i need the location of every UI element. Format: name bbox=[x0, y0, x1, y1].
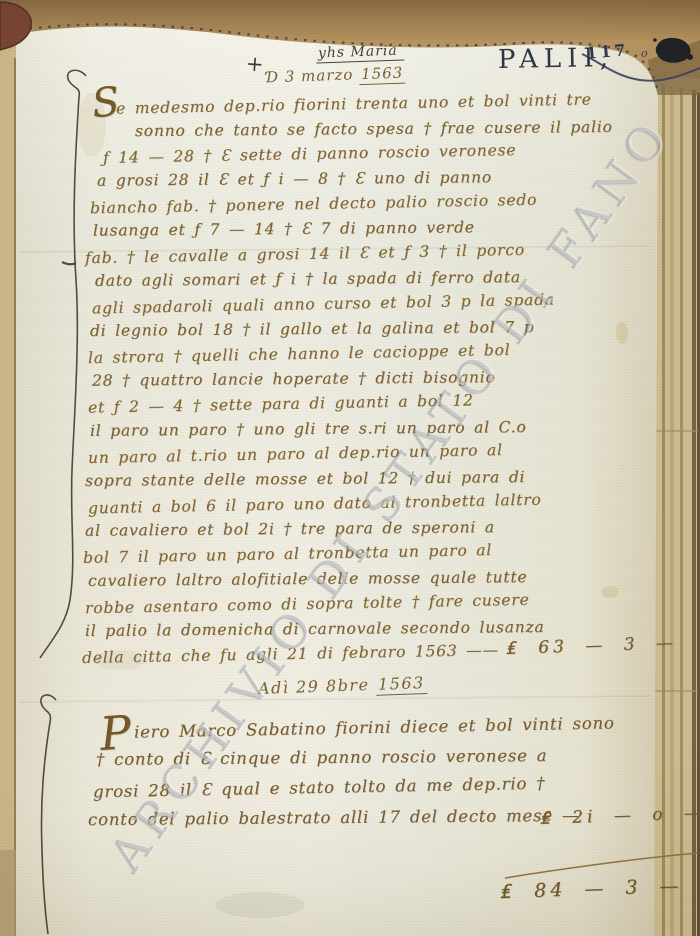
manuscript-line: 28 † quattro lancie hoperate † dicti bis… bbox=[92, 368, 496, 390]
invocation-monogram: yhs Maria bbox=[316, 42, 404, 63]
entry1-date-text: Ɗ 3 marzo bbox=[266, 65, 360, 86]
folio-number: 117 bbox=[585, 40, 629, 63]
manuscript-line: † conto di Ɛ cinque di panno roscio vero… bbox=[96, 746, 548, 769]
manuscript-line: il paro un paro † uno gli tre s.ri un pa… bbox=[90, 418, 527, 440]
manuscript-line: cavaliero laltro alofitiale delle mosse … bbox=[88, 568, 528, 590]
manuscript-line: dato agli somari et ƒ i † la spada di fe… bbox=[95, 268, 521, 290]
entry1-date-year: 1563 bbox=[359, 64, 406, 86]
manuscript-photo: yhs Maria + Ɗ 3 marzo 1563 PALII, 117 o … bbox=[0, 0, 700, 936]
cross-icon: + bbox=[245, 51, 264, 76]
entry1-date: Ɗ 3 marzo 1563 bbox=[266, 64, 406, 87]
manuscript-line: a grosi 28 il Ɛ et ƒ i — 8 † Ɛ uno di pa… bbox=[97, 168, 492, 189]
manuscript-line: sopra stante delle mosse et bol 12 † dui… bbox=[85, 468, 525, 490]
manuscript-line: lusanga et ƒ 7 — 14 † Ɛ 7 di panno verde bbox=[93, 218, 475, 239]
folio-number-suffix: o bbox=[641, 47, 648, 60]
manuscript-line: al cavaliero et bol 2i † tre para de spe… bbox=[85, 518, 495, 540]
entry2-date-year: 1563 bbox=[376, 673, 427, 696]
